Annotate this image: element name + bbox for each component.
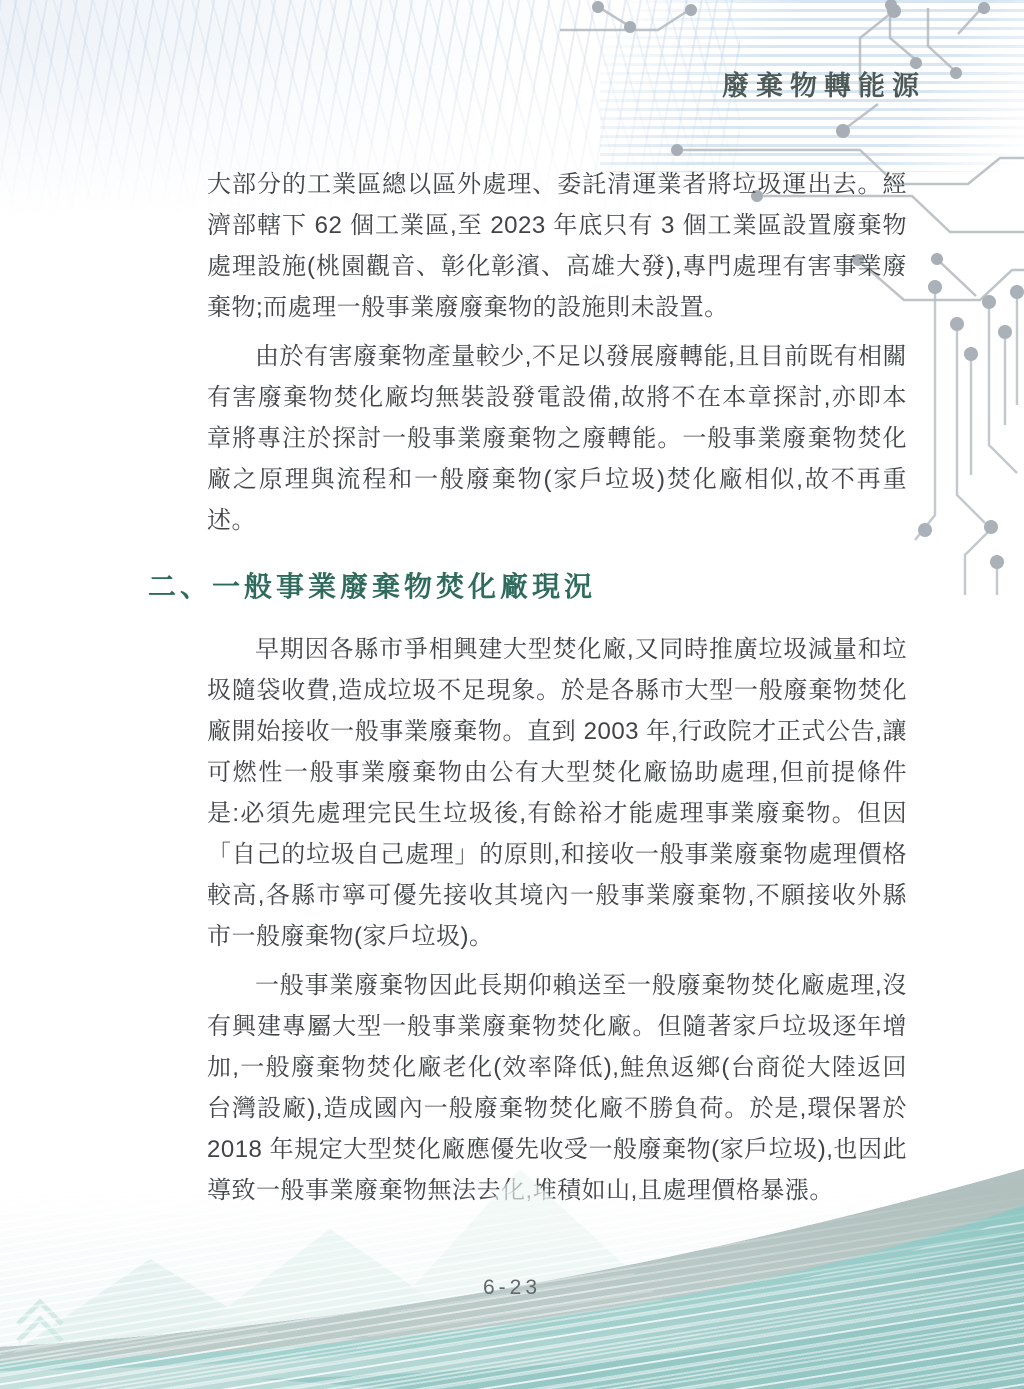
body-paragraph: 由於有害廢棄物產量較少,不足以發展廢轉能,且目前既有相關有害廢棄物焚化廠均無裝設… [207, 336, 907, 541]
circuit-trace-right-icon [905, 265, 1024, 595]
document-page: 廢棄物轉能源 大部分的工業區總以區外處理、委託清運業者將垃圾運出去。經濟部轄下 … [0, 0, 1024, 1389]
body-paragraph: 大部分的工業區總以區外處理、委託清運業者將垃圾運出去。經濟部轄下 62 個工業區… [207, 164, 907, 328]
page-header-title: 廢棄物轉能源 [722, 64, 926, 103]
page-number: 6-23 [0, 1276, 1024, 1300]
chevron-up-icon [18, 1302, 62, 1341]
body-content: 大部分的工業區總以區外處理、委託清運業者將垃圾運出去。經濟部轄下 62 個工業區… [148, 164, 908, 1219]
body-paragraph: 早期因各縣市爭相興建大型焚化廠,又同時推廣垃圾減量和垃圾隨袋收費,造成垃圾不足現… [207, 629, 907, 957]
section-heading: 二、一般事業廢棄物焚化廠現況 [148, 567, 908, 607]
body-paragraph: 一般事業廢棄物因此長期仰賴送至一般廢棄物焚化廠處理,沒有興建專屬大型一般事業廢棄… [207, 965, 907, 1211]
